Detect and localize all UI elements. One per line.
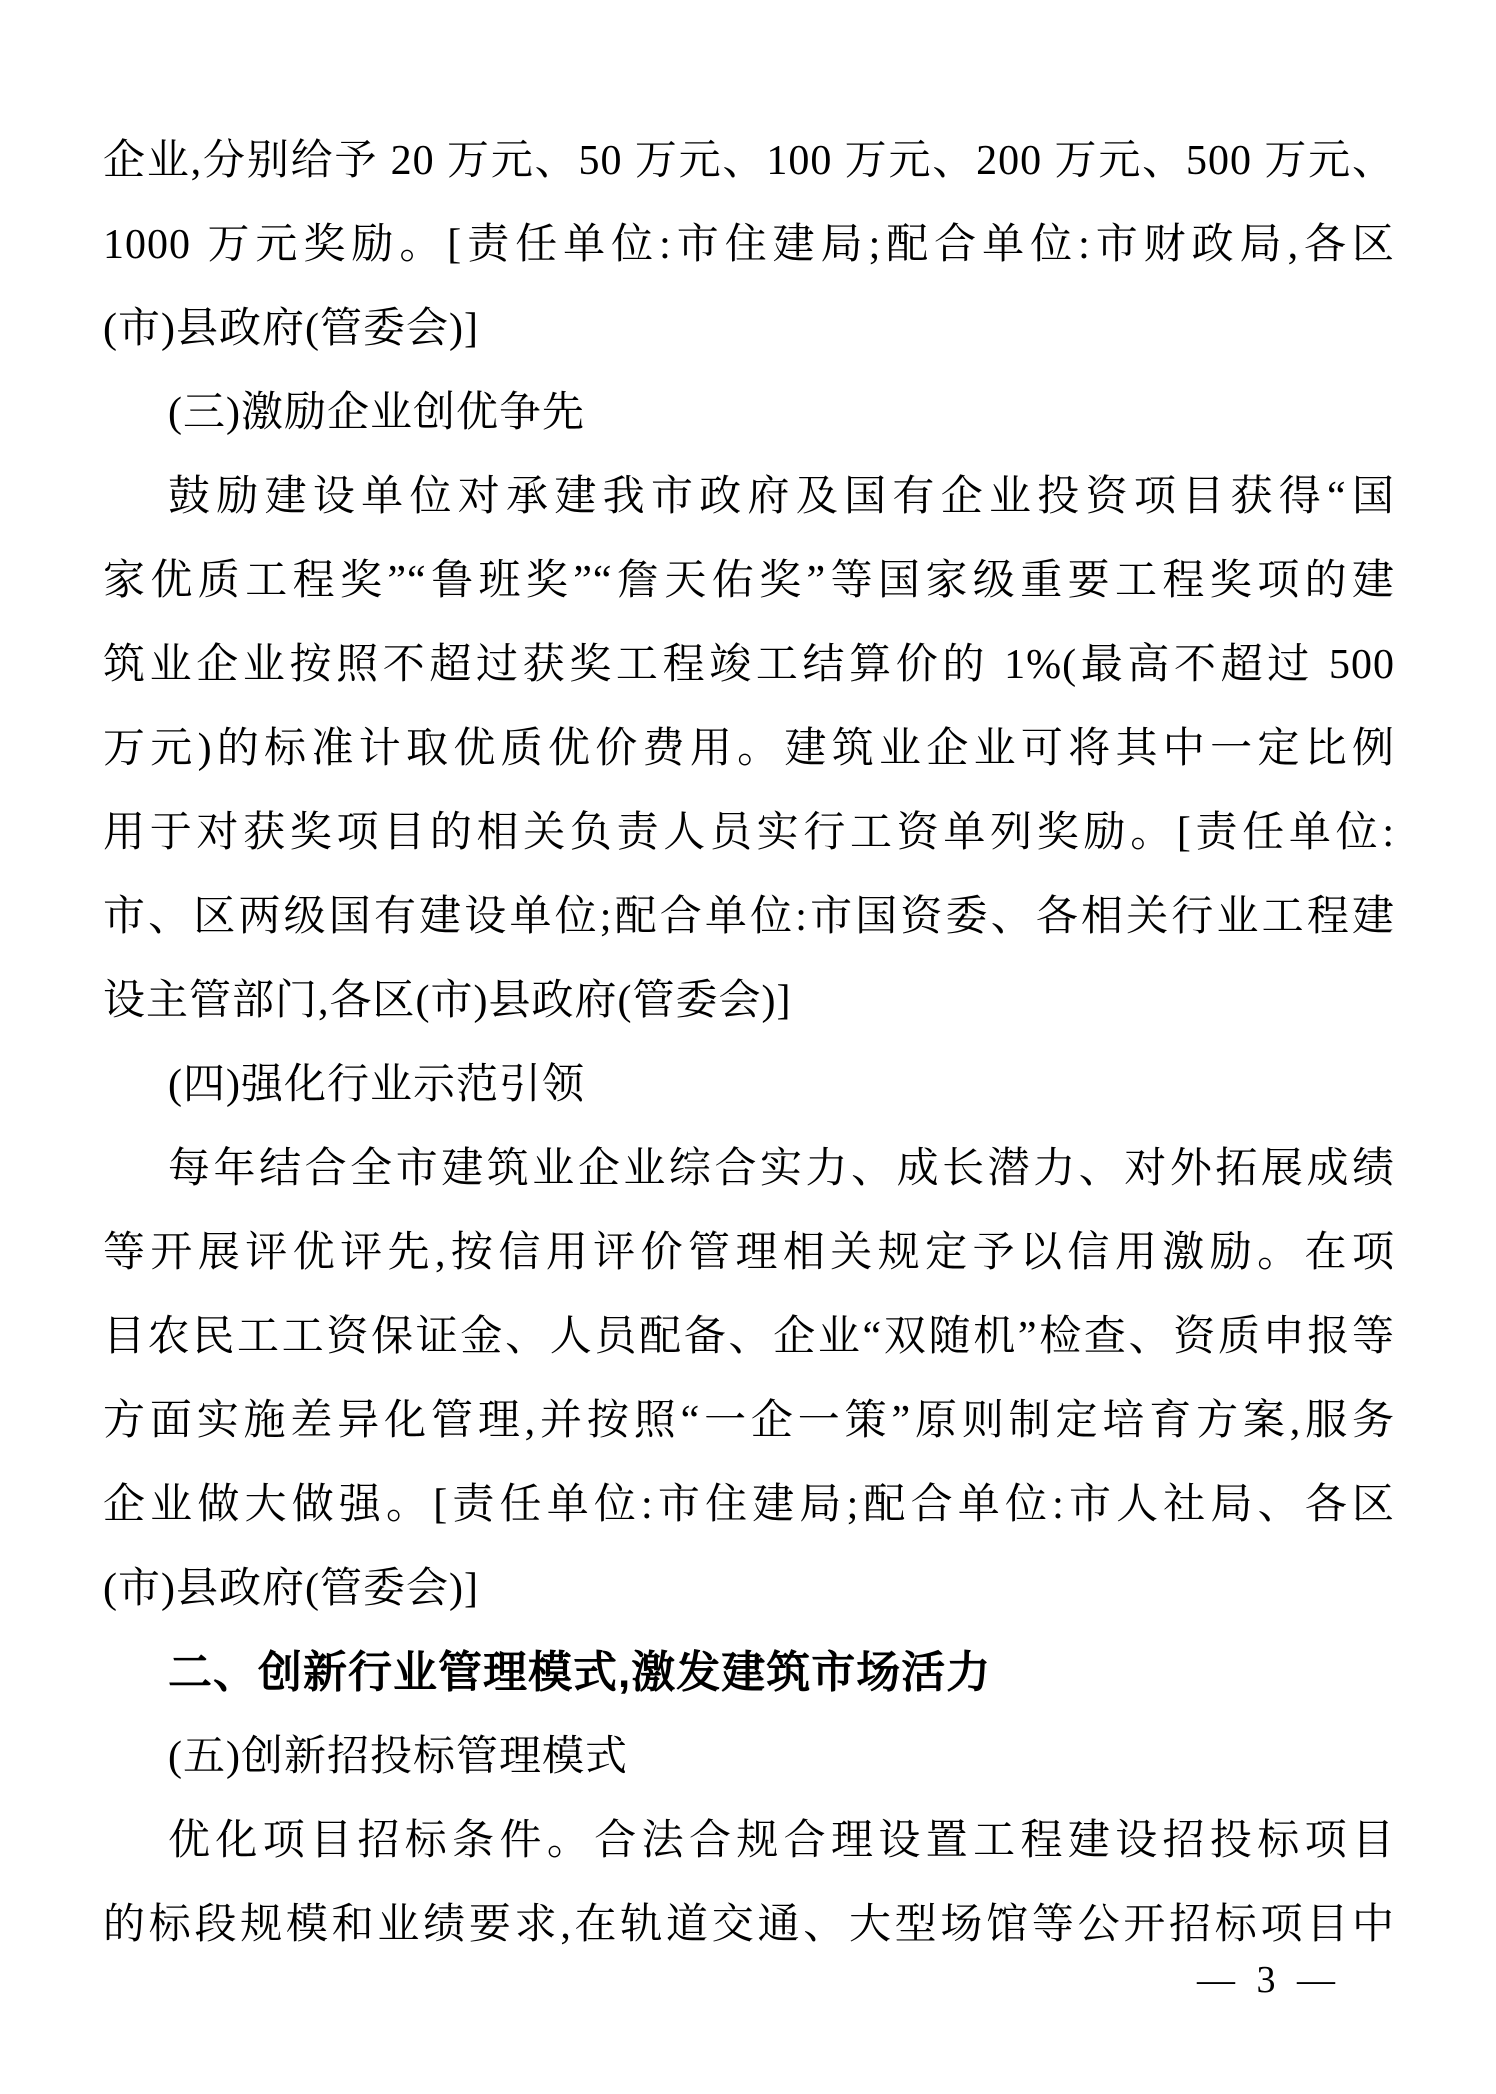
text-line: 用于对获奖项目的相关负责人员实行工资单列奖励。[责任单位: bbox=[103, 791, 1395, 875]
text-line: 市、区两级国有建设单位;配合单位:市国资委、各相关行业工程建 bbox=[103, 875, 1395, 959]
sub-heading: (三)激励企业创优争先 bbox=[103, 371, 1395, 455]
text-line: 企业做大做强。[责任单位:市住建局;配合单位:市人社局、各区 bbox=[103, 1463, 1395, 1547]
text-line: 万元)的标准计取优质优价费用。建筑业企业可将其中一定比例 bbox=[103, 707, 1395, 791]
text-line: 家优质工程奖”“鲁班奖”“詹天佑奖”等国家级重要工程奖项的建 bbox=[103, 539, 1395, 623]
text-line: 方面实施差异化管理,并按照“一企一策”原则制定培育方案,服务 bbox=[103, 1379, 1395, 1463]
text-line: 筑业企业按照不超过获奖工程竣工结算价的 1%(最高不超过 500 bbox=[103, 623, 1395, 707]
text-line: 优化项目招标条件。合法合规合理设置工程建设招投标项目 bbox=[103, 1799, 1395, 1883]
text-line: 每年结合全市建筑业企业综合实力、成长潜力、对外拓展成绩 bbox=[103, 1127, 1395, 1211]
document-body: 企业,分别给予 20 万元、50 万元、100 万元、200 万元、500 万元… bbox=[103, 119, 1395, 1967]
sub-heading: (四)强化行业示范引领 bbox=[103, 1043, 1395, 1127]
section-heading: 二、创新行业管理模式,激发建筑市场活力 bbox=[103, 1631, 1395, 1715]
text-line: 等开展评优评先,按信用评价管理相关规定予以信用激励。在项 bbox=[103, 1211, 1395, 1295]
text-line: 企业,分别给予 20 万元、50 万元、100 万元、200 万元、500 万元… bbox=[103, 119, 1395, 203]
page-number: — 3 — bbox=[1197, 1950, 1341, 2010]
text-line: (市)县政府(管委会)] bbox=[103, 1547, 1395, 1631]
text-line: 目农民工工资保证金、人员配备、企业“双随机”检查、资质申报等 bbox=[103, 1295, 1395, 1379]
document-page: 企业,分别给予 20 万元、50 万元、100 万元、200 万元、500 万元… bbox=[0, 0, 1496, 2094]
text-line: (市)县政府(管委会)] bbox=[103, 287, 1395, 371]
text-line: 鼓励建设单位对承建我市政府及国有企业投资项目获得“国 bbox=[103, 455, 1395, 539]
text-line: 1000 万元奖励。[责任单位:市住建局;配合单位:市财政局,各区 bbox=[103, 203, 1395, 287]
text-line: 设主管部门,各区(市)县政府(管委会)] bbox=[103, 959, 1395, 1043]
sub-heading: (五)创新招投标管理模式 bbox=[103, 1715, 1395, 1799]
